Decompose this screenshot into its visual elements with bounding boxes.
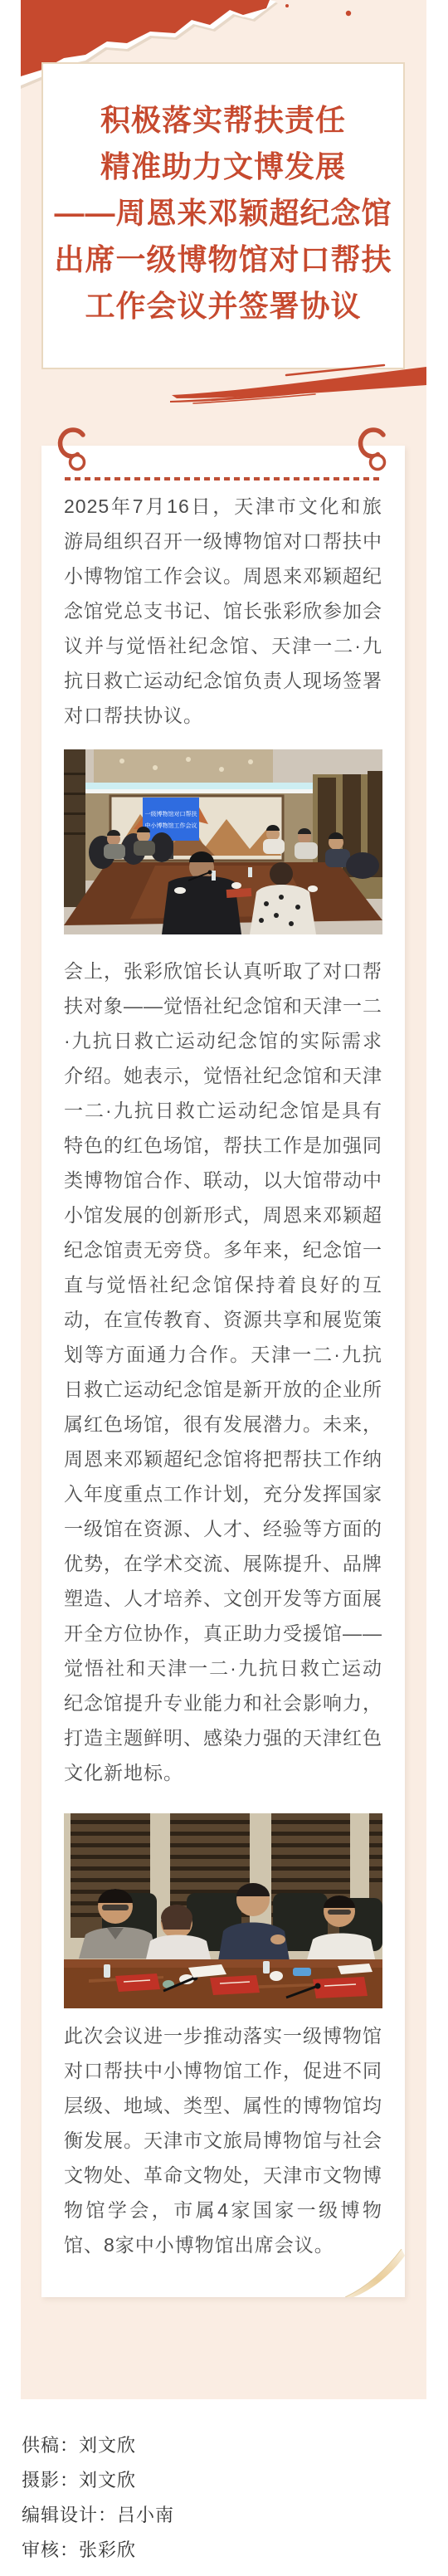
brush-stroke-icon — [170, 357, 426, 405]
page-title-line: 出席一级博物馆对口帮扶 — [43, 237, 403, 283]
page-title-line: 精准助力文博发展 — [43, 144, 403, 190]
projection-screen-line2: 中小博物馆工作会议 — [145, 822, 197, 829]
photo-meeting-closeup — [64, 1813, 382, 2008]
dashed-divider — [65, 477, 383, 481]
article-paragraph-1: 2025年7月16日，天津市文化和旅游局组织召开一级博物馆对口帮扶中小博物馆工作… — [64, 489, 382, 733]
projection-screen-line1: 一级博物馆对口帮扶 — [145, 810, 197, 817]
page-curl-icon — [345, 2249, 405, 2297]
page-title-line: 积极落实帮扶责任 — [43, 97, 403, 144]
credits-block: 供稿：刘文欣 摄影：刘文欣 编辑设计：吕小南 审核：张彩欣 — [22, 2428, 174, 2568]
credit-line-editor: 编辑设计：吕小南 — [22, 2498, 174, 2533]
article-paragraph-3: 此次会议进一步推动落实一级博物馆对口帮扶中小博物馆工作，促进不同层级、地域、类型… — [64, 2018, 382, 2262]
credit-line-photographer: 摄影：刘文欣 — [22, 2463, 174, 2498]
page-title-line: ——周恩来邓颖超纪念馆 — [43, 190, 403, 237]
credit-line-reviewer: 审核：张彩欣 — [22, 2533, 174, 2568]
paper-hook-icon — [355, 427, 392, 475]
article-paragraph-2: 会上，张彩欣馆长认真听取了对口帮扶对象——觉悟社纪念馆和天津一二·九抗日救亡运动… — [64, 954, 382, 1790]
content-card: 2025年7月16日，天津市文化和旅游局组织召开一级博物馆对口帮扶中小博物馆工作… — [41, 446, 405, 2297]
photo-meeting-wide: 一级博物馆对口帮扶 中小博物馆工作会议 — [64, 749, 382, 934]
title-card: 积极落实帮扶责任 精准助力文博发展 ——周恩来邓颖超纪念馆 出席一级博物馆对口帮… — [41, 62, 405, 369]
paper-hook-icon — [55, 427, 91, 475]
article-page: 积极落实帮扶责任 精准助力文博发展 ——周恩来邓颖超纪念馆 出席一级博物馆对口帮… — [0, 0, 448, 2576]
credit-line-contributor: 供稿：刘文欣 — [22, 2428, 174, 2463]
page-title-line: 工作会议并签署协议 — [43, 283, 403, 329]
